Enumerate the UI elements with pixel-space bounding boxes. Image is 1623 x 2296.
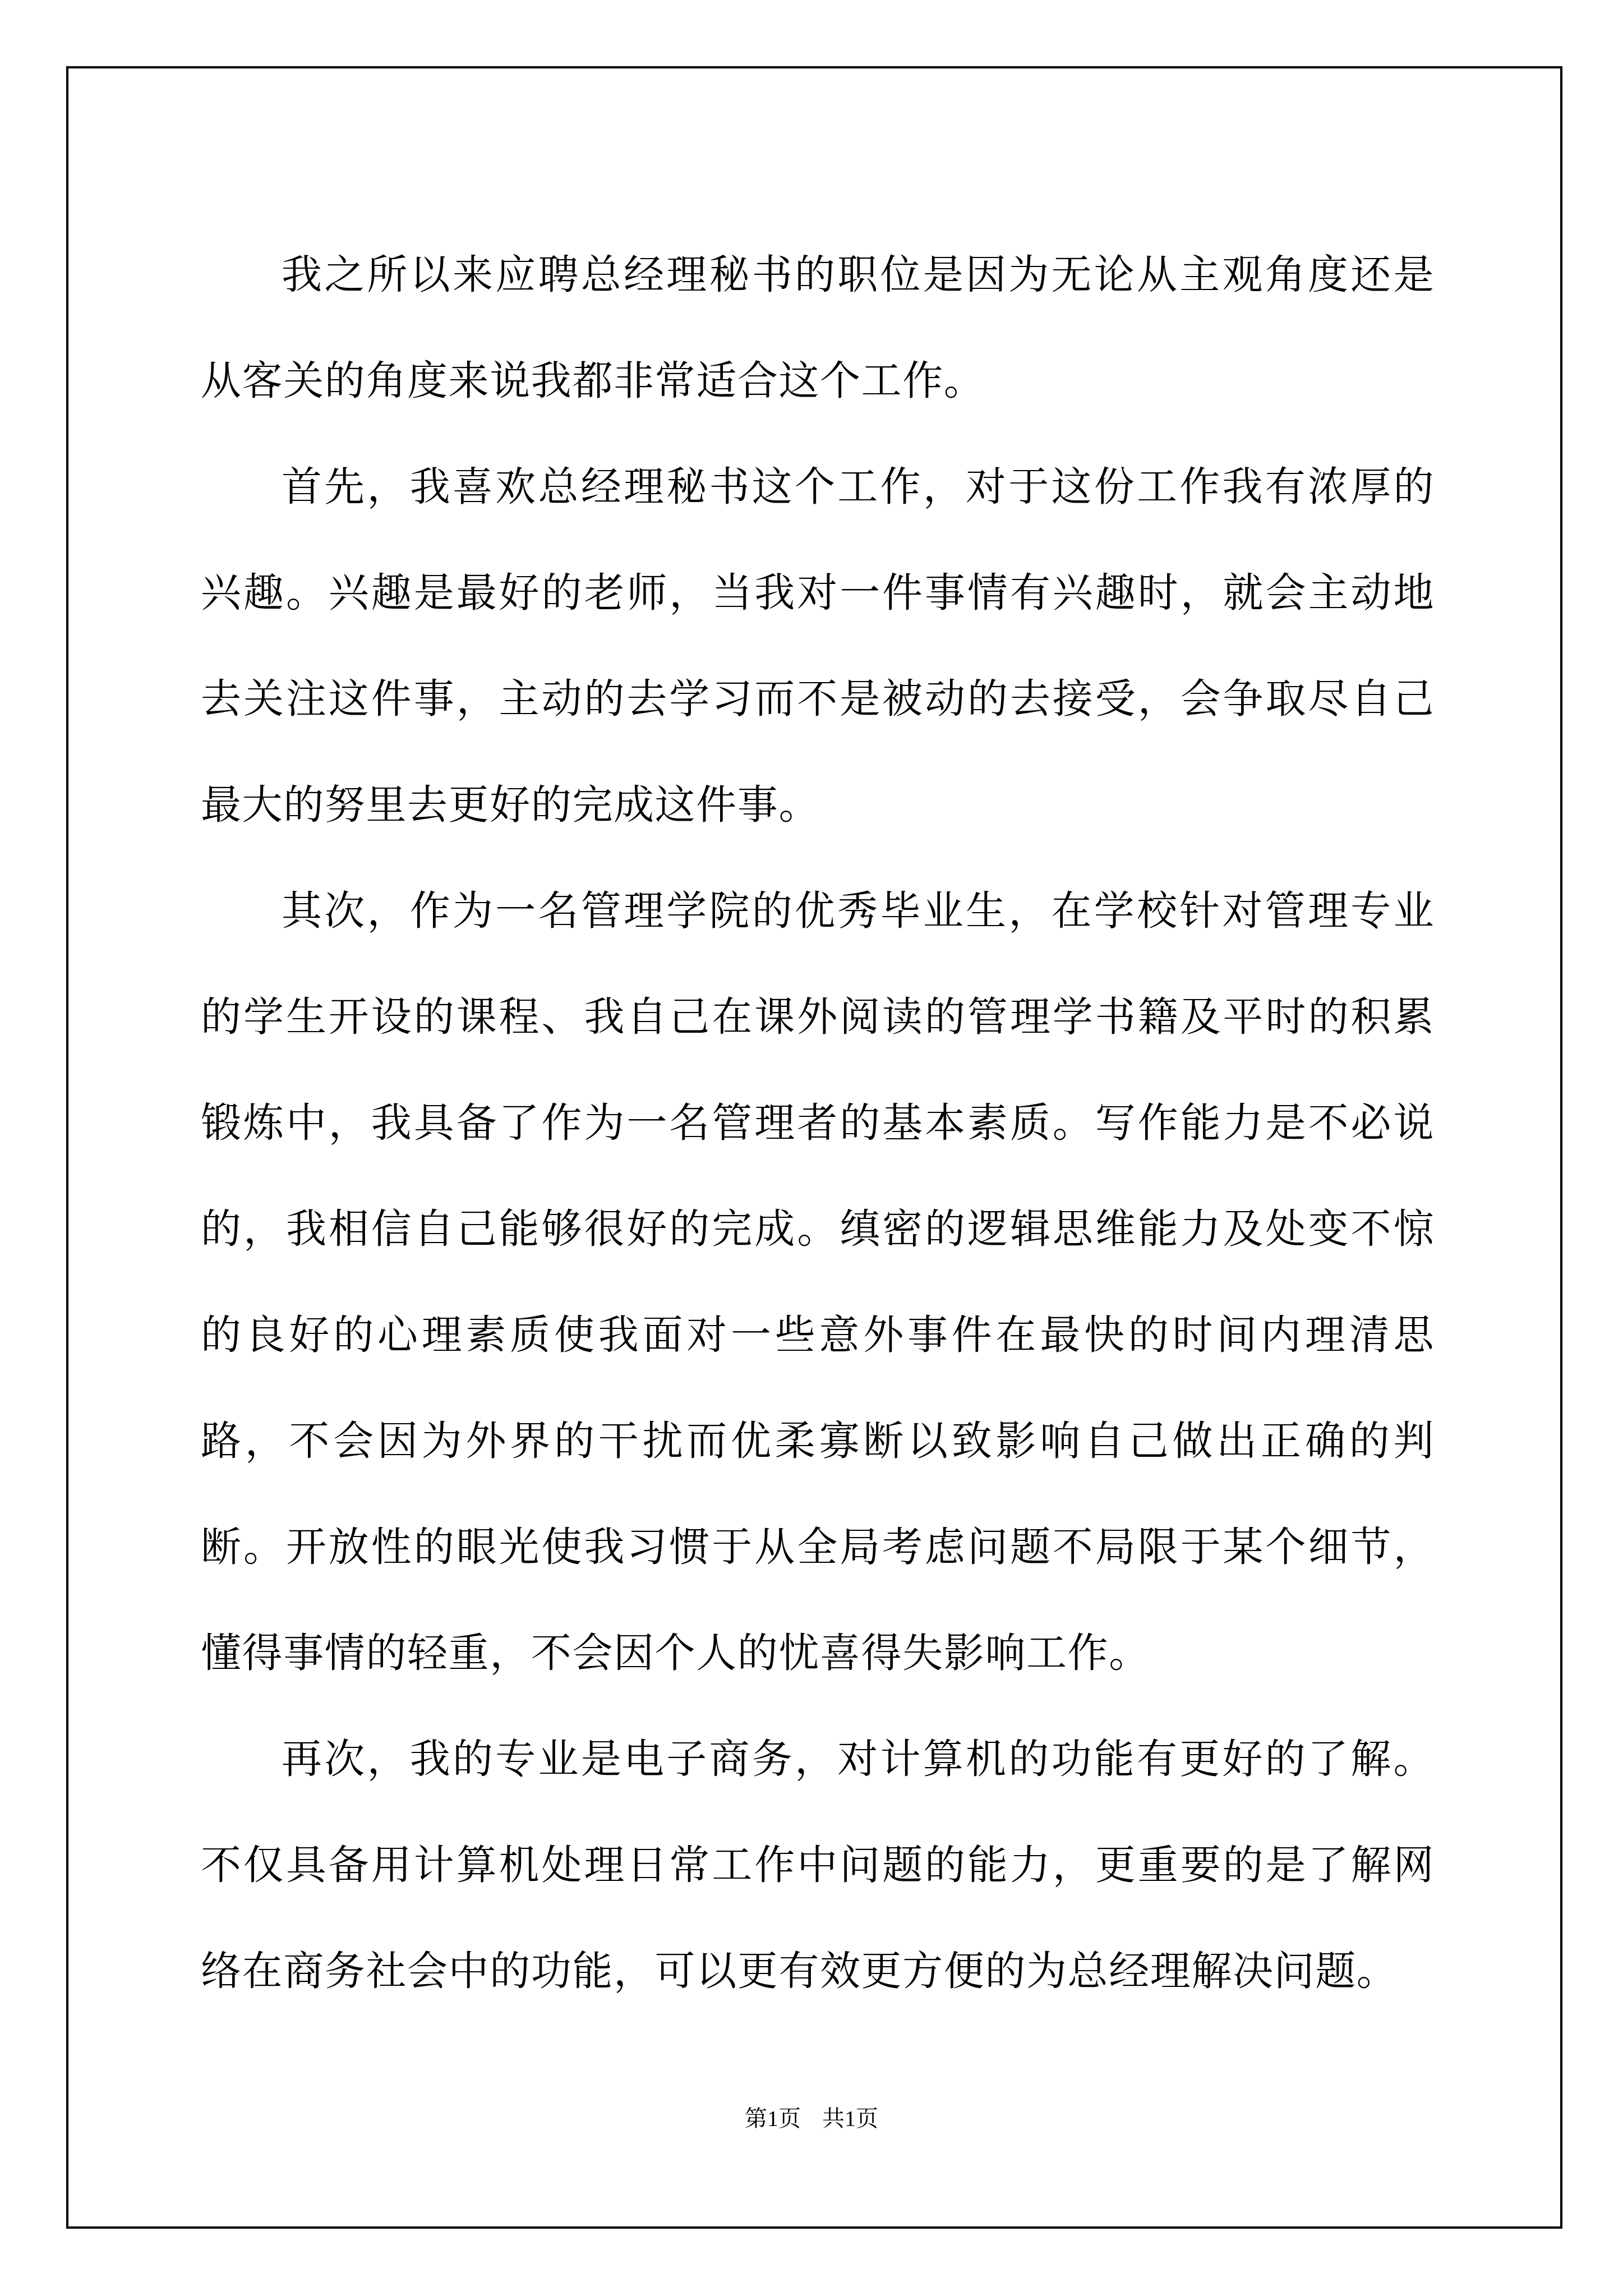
paragraph-4: 再次，我的专业是电子商务，对计算机的功能有更好的了解。不仅具备用计算机处理日常工… [201, 1706, 1435, 2024]
document-body: 我之所以来应聘总经理秘书的职位是因为无论从主观角度还是从客关的角度来说我都非常适… [201, 222, 1435, 2024]
page-total: 共1页 [822, 2106, 878, 2131]
page-footer: 第1页 共1页 [0, 2101, 1623, 2133]
paragraph-3: 其次，作为一名管理学院的优秀毕业生，在学校针对管理专业的学生开设的课程、我自己在… [201, 858, 1435, 1706]
paragraph-1: 我之所以来应聘总经理秘书的职位是因为无论从主观角度还是从客关的角度来说我都非常适… [201, 222, 1435, 434]
page-number: 第1页 [745, 2106, 801, 2131]
paragraph-2: 首先，我喜欢总经理秘书这个工作，对于这份工作我有浓厚的兴趣。兴趣是最好的老师，当… [201, 434, 1435, 858]
